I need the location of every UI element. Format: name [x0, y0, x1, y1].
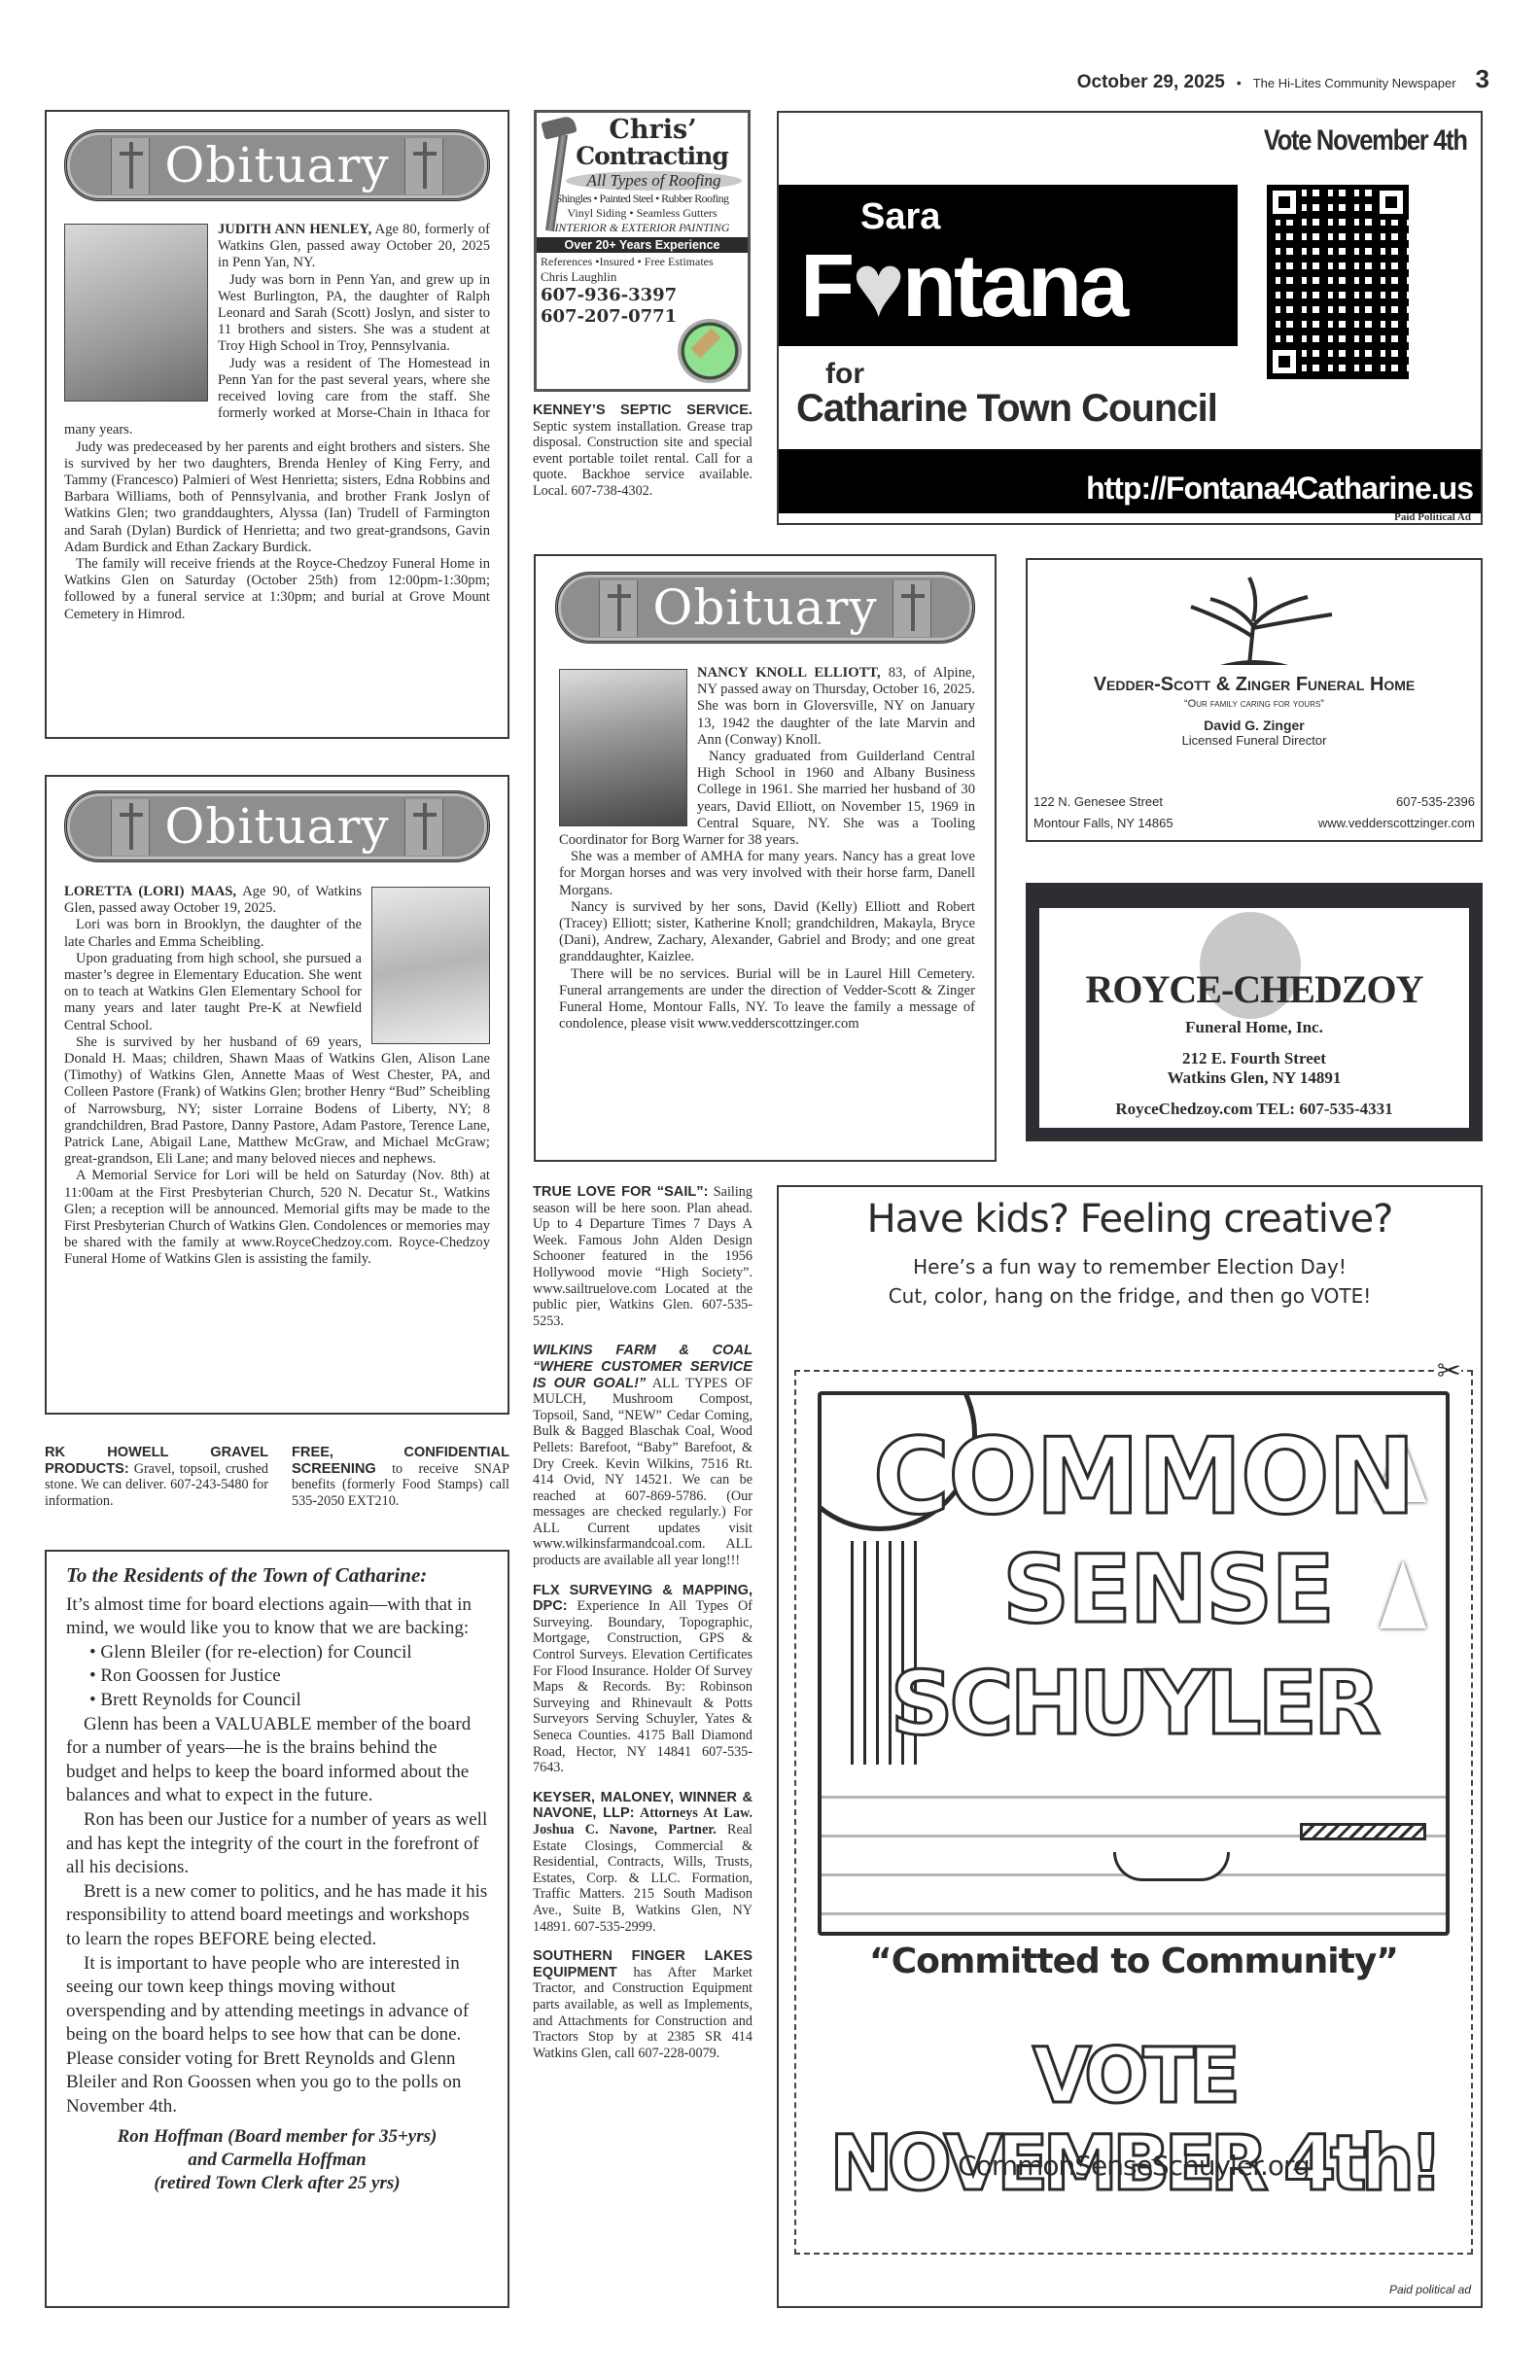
royce-chedzoy-ad: ROYCE-CHEDZOY Funeral Home, Inc. 212 E. … [1026, 883, 1483, 1141]
funeral-home-contact[interactable]: RoyceChedzoy.com TEL: 607-535-4331 [1039, 1100, 1469, 1119]
website-link[interactable]: www.vedderscottzinger.com [1318, 813, 1475, 834]
classified-body: Septic system installation. Grease trap … [533, 419, 752, 499]
coloring-illustration: COMMON SENSE SCHUYLER [818, 1391, 1450, 1936]
funeral-home-name: ROYCE-CHEDZOY [1039, 966, 1469, 1012]
obit-paragraph: There will be no services. Burial will b… [559, 966, 975, 1033]
vedder-scott-ad: Vedder-Scott & Zinger Funeral Home “Our … [1026, 558, 1483, 842]
classified-southern-finger-lakes: SOUTHERN FINGER LAKES EQUIPMENT has Afte… [533, 1948, 752, 2061]
paper-name: The Hi-Lites Community Newspaper [1253, 76, 1456, 90]
obituary-banner: Obituary [64, 790, 490, 862]
ad-title: Contracting [560, 143, 744, 170]
cross-lily-icon [111, 799, 150, 856]
letter-to-residents: To the Residents of the Town of Catharin… [45, 1550, 509, 2308]
classified-wilkins-farm: WILKINS FARM & COAL “WHERE CUSTOMER SERV… [533, 1343, 752, 1568]
ad-subline: Here’s a fun way to remember Election Da… [779, 1255, 1481, 1278]
ad-tagline: All Types of Roofing [566, 171, 742, 191]
obituary-maas: Obituary LORETTA (LORI) MAAS, Age 90, of… [45, 775, 509, 1415]
url-bar: http://Fontana4Catharine.us [779, 449, 1481, 513]
obit-paragraph: She is survived by her husband of 69 yea… [64, 1034, 490, 1169]
signature-line: (retired Town Clerk after 25 yrs) [66, 2172, 488, 2195]
letter-signature: Ron Hoffman (Board member for 35+yrs) an… [66, 2125, 488, 2195]
paid-ad-label: Paid Political Ad [1394, 511, 1471, 523]
funeral-home-contact: 607-535-2396 www.vedderscottzinger.com [1318, 791, 1475, 834]
letter-intro: It’s almost time for board elections aga… [66, 1593, 488, 1641]
ad-subline: Cut, color, hang on the fridge, and then… [779, 1284, 1481, 1308]
qr-code[interactable] [1267, 185, 1409, 379]
hammer-icon [542, 117, 576, 233]
funeral-home-name: Vedder-Scott & Zinger Funeral Home [1028, 674, 1481, 696]
obituary-banner: Obituary [555, 572, 975, 644]
classified-keyser-maloney: KEYSER, MALONEY, WINNER & NAVONE, LLP: A… [533, 1790, 752, 1935]
obituary-text: JUDITH ANN HENLEY, Age 80, formerly of W… [64, 222, 490, 623]
obit-paragraph: The family will receive friends at the R… [64, 556, 490, 623]
issue-date: October 29, 2025 [1077, 72, 1225, 93]
header-separator: • [1237, 75, 1242, 90]
signature-line: Ron Hoffman (Board member for 35+yrs) [66, 2125, 488, 2149]
art-text-sense: SENSE [928, 1541, 1407, 1638]
last-name-part: F [800, 236, 852, 335]
cross-lily-icon [111, 138, 150, 194]
qr-finder [1267, 344, 1302, 379]
vote-date-heading: Vote November 4th [1264, 124, 1467, 157]
obituary-elliott: Obituary NANCY KNOLL ELLIOTT, 83, of Alp… [534, 554, 997, 1162]
director-title: Licensed Funeral Director [1028, 733, 1481, 748]
cross-lily-icon [404, 138, 443, 194]
cross-lily-icon [892, 580, 931, 637]
boat-icon [1113, 1852, 1230, 1881]
classified-body: ALL TYPES OF MULCH, Mushroom Compost, To… [533, 1376, 752, 1569]
obit-paragraph: Nancy is survived by her sons, David (Ke… [559, 899, 975, 966]
last-name-part: ntana [902, 236, 1126, 335]
heart-icon: ♥ [852, 236, 902, 335]
classified-heading: KENNEY’S SEPTIC SERVICE. [533, 402, 752, 418]
qr-finder [1267, 185, 1302, 220]
campaign-url[interactable]: http://Fontana4Catharine.us [1086, 471, 1473, 507]
classified-body: Sailing season will be here soon. Plan a… [533, 1184, 752, 1329]
letter-paragraph: Glenn has been a VALUABLE member of the … [66, 1713, 488, 1808]
endorsement-list: Glenn Bleiler (for re-election) for Coun… [66, 1641, 488, 1713]
page-header: October 29, 2025 • The Hi-Lites Communit… [1077, 64, 1489, 94]
ad-owner: Chris Laughlin [541, 269, 744, 285]
funeral-home-subtitle: Funeral Home, Inc. [1039, 1018, 1469, 1037]
letter-paragraph: Brett is a new comer to politics, and he… [66, 1880, 488, 1952]
obituary-text: LORETTA (LORI) MAAS, Age 90, of Watkins … [64, 884, 490, 1269]
ad-refs: References •Insured • Free Estimates [541, 255, 744, 269]
fontana-political-ad: Vote November 4th Sara F♥ntana for Catha… [777, 111, 1483, 525]
obit-paragraph: She was a member of AMHA for many years.… [559, 849, 975, 899]
obituary-banner: Obituary [64, 129, 490, 201]
letter-paragraph: It is important to have people who are i… [66, 1952, 488, 2119]
qr-finder [1374, 185, 1409, 220]
candidate-name-block: Sara F♥ntana [779, 185, 1238, 346]
classified-body: Experience In All Types Of Surveying. Bo… [533, 1598, 752, 1775]
deceased-name: NANCY KNOLL ELLIOTT, [697, 665, 881, 681]
endorsement-item: Glenn Bleiler (for re-election) for Coun… [89, 1641, 488, 1665]
ad-phone: 607-936-3397 [541, 285, 744, 306]
ad-title: Chris’ [562, 117, 744, 143]
paint-can-icon [678, 319, 742, 383]
ad-headline: Have kids? Feeling creative? [779, 1197, 1481, 1242]
funeral-home-address: 122 N. Genesee Street Montour Falls, NY … [1033, 791, 1173, 834]
tree-icon [1152, 568, 1356, 675]
signature-line: and Carmella Hoffman [66, 2149, 488, 2172]
classified-column: TRUE LOVE FOR “SAIL”: Sailing season wil… [533, 1184, 752, 2061]
classified-snap-screening: FREE, CONFIDENTIAL SCREENING to receive … [292, 1445, 509, 1509]
ad-motto: “Committed to Community” [818, 1942, 1450, 1981]
letter-paragraph: Ron has been our Justice for a number of… [66, 1808, 488, 1880]
chris-contracting-ad: Chris’ Contracting All Types of Roofing … [534, 110, 751, 392]
scissors-icon: ✂ [1437, 1354, 1461, 1388]
classified-rk-howell: RK HOWELL GRAVEL PRODUCTS: Gravel, topso… [45, 1445, 268, 1509]
banner-title: Obituary [652, 579, 877, 636]
cut-out-area: ✂ COMMON SENSE SCHUYLER “Committed to Co… [794, 1370, 1473, 2255]
obituary-henley: Obituary JUDITH ANN HENLEY, Age 80, form… [45, 110, 509, 739]
deceased-name: LORETTA (LORI) MAAS, [64, 884, 236, 899]
phone-number: 607-535-2396 [1318, 791, 1475, 813]
endorsement-item: Brett Reynolds for Council [89, 1689, 488, 1713]
common-sense-schuyler-ad: Have kids? Feeling creative? Here’s a fu… [777, 1185, 1483, 2308]
classified-true-love: TRUE LOVE FOR “SAIL”: Sailing season wil… [533, 1184, 752, 1329]
page-number: 3 [1476, 64, 1489, 94]
deceased-name: JUDITH ANN HENLEY, [218, 222, 371, 237]
funeral-home-motto: “Our family caring for yours” [1028, 698, 1481, 710]
address-line: Watkins Glen, NY 14891 [1039, 1068, 1469, 1088]
office-title: Catharine Town Council [796, 387, 1217, 431]
classified-heading: TRUE LOVE FOR “SAIL”: [533, 1184, 708, 1200]
obit-paragraph: A Memorial Service for Lori will be held… [64, 1168, 490, 1268]
art-text-schuyler: SCHUYLER [822, 1658, 1446, 1751]
candidate-first-name: Sara [860, 196, 940, 238]
cross-lily-icon [404, 799, 443, 856]
classified-kenneys-septic: KENNEY’S SEPTIC SERVICE. Septic system i… [533, 402, 752, 500]
paid-ad-label: Paid political ad [1389, 2283, 1471, 2296]
address-line: Montour Falls, NY 14865 [1033, 813, 1173, 834]
obituary-text: NANCY KNOLL ELLIOTT, 83, of Alpine, NY p… [559, 665, 975, 1032]
cross-lily-icon [599, 580, 638, 637]
letter-title: To the Residents of the Town of Catharin… [66, 1563, 488, 1588]
candidate-last-name: F♥ntana [800, 237, 1126, 334]
endorsement-item: Ron Goossen for Justice [89, 1664, 488, 1689]
banner-title: Obituary [164, 137, 389, 193]
classified-flx-surveying: FLX SURVEYING & MAPPING, DPC: Experience… [533, 1583, 752, 1776]
art-text-common: COMMON [851, 1424, 1436, 1531]
address-line: 212 E. Fourth Street [1039, 1049, 1469, 1068]
banner-title: Obituary [164, 798, 389, 855]
vote-date-outline-text: VOTE NOVEMBER 4th! [806, 2033, 1461, 2208]
ad-experience-banner: Over 20+ Years Experience [537, 237, 748, 253]
website-link[interactable]: CommonSenseSchuyler.org [796, 2150, 1471, 2182]
address-line: 122 N. Genesee Street [1033, 791, 1173, 813]
classified-body: Real Estate Closings, Commercial & Resid… [533, 1822, 752, 1935]
director-name: David G. Zinger [1028, 717, 1481, 733]
dock-icon [1300, 1823, 1426, 1840]
obit-paragraph: Judy was predeceased by her parents and … [64, 439, 490, 556]
for-label: for [825, 358, 864, 391]
